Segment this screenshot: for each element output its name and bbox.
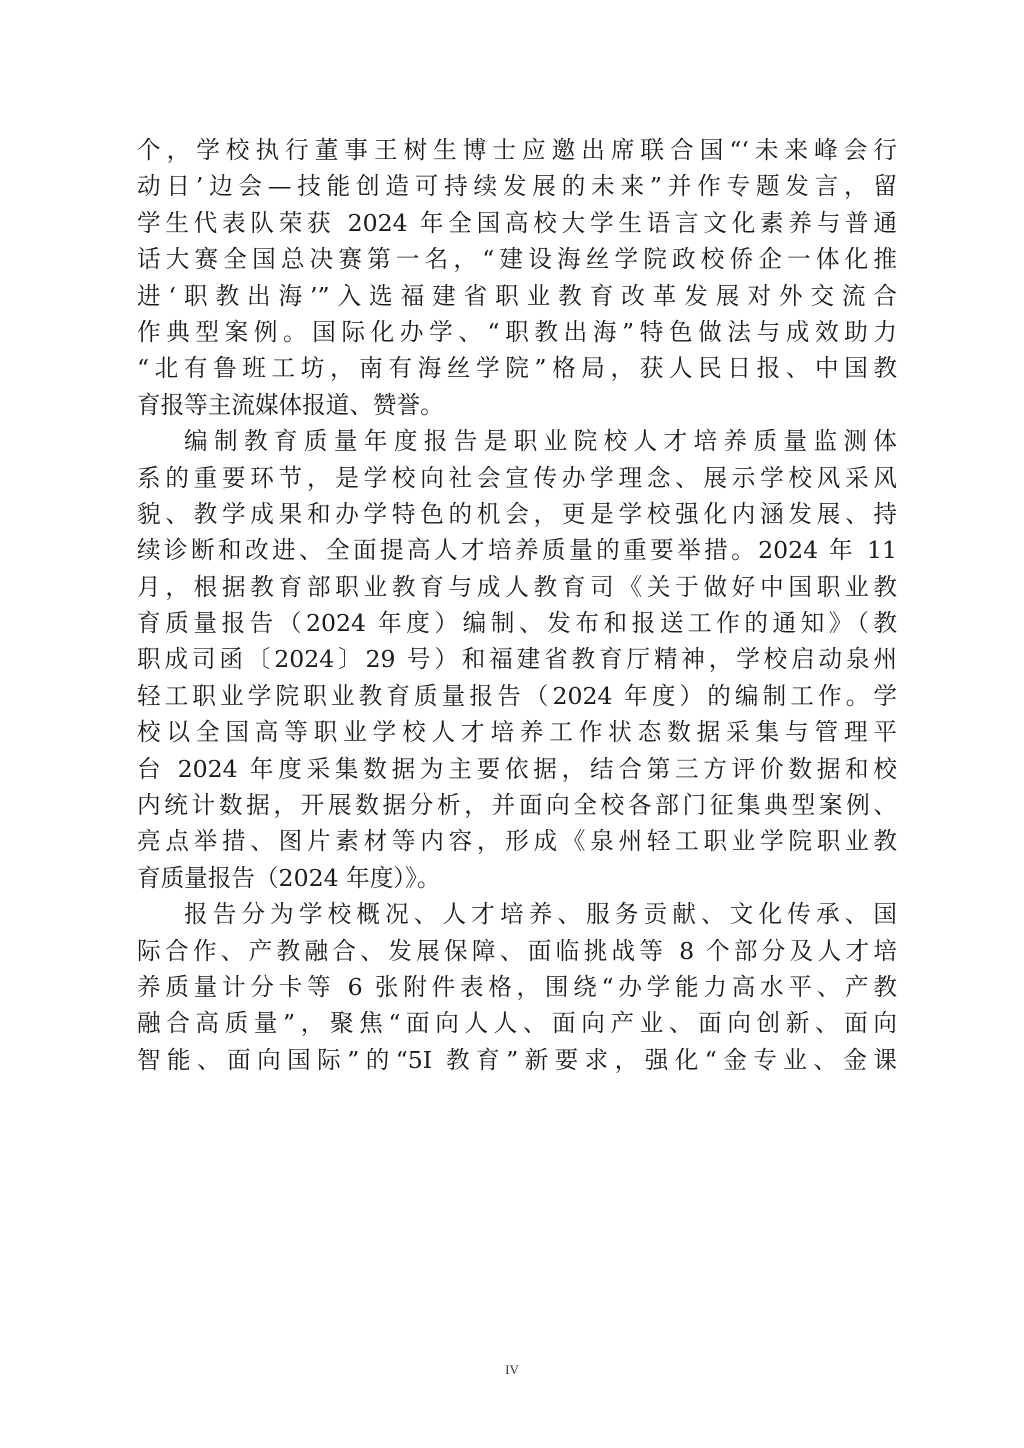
text-line: 系的重要环节，是学校向社会宣传办学理念、展示学校风采风 <box>137 460 897 496</box>
text-line: 作典型案例。国际化办学、“职教出海”特色做法与成效助力 <box>137 314 897 350</box>
paragraph-2: 编制教育质量年度报告是职业院校人才培养质量监测体 系的重要环节，是学校向社会宣传… <box>137 423 897 896</box>
text-line: 学生代表队荣获 2024 年全国高校大学生语言文化素养与普通 <box>137 205 897 241</box>
text-line: 际合作、产教融合、发展保障、面临挑战等 8 个部分及人才培 <box>137 933 897 969</box>
document-page: 个，学校执行董事王树生博士应邀出席联合国“‘未来峰会行 动日’边会—技能创造可持… <box>0 0 1024 1448</box>
text-line: 职成司函〔2024〕29 号）和福建省教育厅精神，学校启动泉州 <box>137 641 897 677</box>
text-line: 进‘职教出海’”入选福建省职业教育改革发展对外交流合 <box>137 278 897 314</box>
text-line: 月，根据教育部职业教育与成人教育司《关于做好中国职业教 <box>137 569 897 605</box>
text-line: “北有鲁班工坊，南有海丝学院”格局，获人民日报、中国教 <box>137 350 897 386</box>
text-line: 续诊断和改进、全面提高人才培养质量的重要举措。2024 年 11 <box>137 532 897 568</box>
text-line: 内统计数据，开展数据分析，并面向全校各部门征集典型案例、 <box>137 787 897 823</box>
text-line: 貌、教学成果和办学特色的机会，更是学校强化内涵发展、持 <box>137 496 897 532</box>
text-line: 报告分为学校概况、人才培养、服务贡献、文化传承、国 <box>137 896 897 932</box>
text-line: 育报等主流媒体报道、赞誉。 <box>137 387 897 423</box>
text-line: 融合高质量”，聚焦“面向人人、面向产业、面向创新、面向 <box>137 1005 897 1041</box>
page-number: IV <box>0 1362 1024 1378</box>
text-line: 养质量计分卡等 6 张附件表格，围绕“办学能力高水平、产教 <box>137 969 897 1005</box>
paragraph-1: 个，学校执行董事王树生博士应邀出席联合国“‘未来峰会行 动日’边会—技能创造可持… <box>137 132 897 423</box>
text-line: 亮点举措、图片素材等内容，形成《泉州轻工职业学院职业教 <box>137 823 897 859</box>
text-line: 个，学校执行董事王树生博士应邀出席联合国“‘未来峰会行 <box>137 132 897 168</box>
text-line: 编制教育质量年度报告是职业院校人才培养质量监测体 <box>137 423 897 459</box>
text-line: 育质量报告（2024 年度）》。 <box>137 860 897 896</box>
text-line: 校以全国高等职业学校人才培养工作状态数据采集与管理平 <box>137 714 897 750</box>
text-line: 动日’边会—技能创造可持续发展的未来”并作专题发言，留 <box>137 168 897 204</box>
text-line: 话大赛全国总决赛第一名，“建设海丝学院政校侨企一体化推 <box>137 241 897 277</box>
text-line: 台 2024 年度采集数据为主要依据，结合第三方评价数据和校 <box>137 751 897 787</box>
text-line: 智能、面向国际”的“5I 教育”新要求，强化“金专业、金课 <box>137 1042 897 1078</box>
body-text: 个，学校执行董事王树生博士应邀出席联合国“‘未来峰会行 动日’边会—技能创造可持… <box>137 132 897 1078</box>
text-line: 轻工职业学院职业教育质量报告（2024 年度）的编制工作。学 <box>137 678 897 714</box>
paragraph-3: 报告分为学校概况、人才培养、服务贡献、文化传承、国 际合作、产教融合、发展保障、… <box>137 896 897 1078</box>
text-line: 育质量报告（2024 年度）编制、发布和报送工作的通知》（教 <box>137 605 897 641</box>
